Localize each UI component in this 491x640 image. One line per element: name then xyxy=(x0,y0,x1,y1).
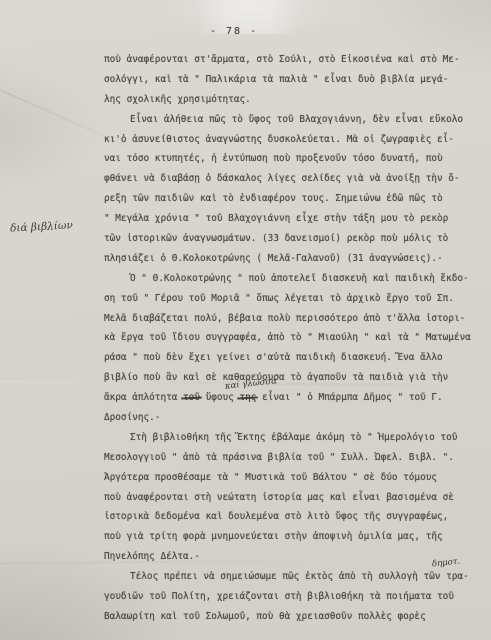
text-line: Μελᾶ διαβάζεται πολύ, βέβαια πολὺ περισσ… xyxy=(104,309,466,329)
text-line: ναι τόσο κτυπητές, ἡ ἐντύπωση ποὺ προξεν… xyxy=(104,149,466,169)
text-line: " Μεγάλα χρόνια " τοῦ Βλαχογιάννη εἶχε σ… xyxy=(104,209,466,229)
text-line: κὰ ἔργα τοῦ ἴδιου συγγραφέα, ἀπὸ τὸ " Μι… xyxy=(104,328,466,348)
text-line: φθάνει νὰ διαβάσῃ ὁ δάσκαλος λίγες σελίδ… xyxy=(104,169,466,189)
struck-text: τοῦ xyxy=(183,392,200,403)
document-body: ποὺ ἀναφέρονται στ'ἄρματα, στὸ Σούλι, στ… xyxy=(104,50,466,627)
text-segment: τρα-δημοτ. xyxy=(446,571,469,582)
text-line: Δροσίνης.- xyxy=(104,408,466,428)
paragraph: Εἶναι ἀλήθεια πῶς τὸ ὕφος τοῦ Βλαχογιάνν… xyxy=(104,110,466,269)
text-line: ποὺ ἀναφέρονται στ'ἄρματα, στὸ Σούλι, στ… xyxy=(104,50,466,70)
text-line: Βαλαωρίτη καὶ τοῦ Σολωμοῦ, ποὺ θὰ χρειασ… xyxy=(104,607,466,627)
page-number: - 78 - xyxy=(210,26,258,37)
paragraph: Ὁ " Θ.Κολοκοτρώνης " ποὺ ἀποτελεῖ διασκε… xyxy=(104,269,466,428)
text-line: ποὺ ἀναφέρονται στὴ νεώτατη ἱστορία μας … xyxy=(104,488,466,508)
text-line: Μεσολογγιοῦ " ἀπὸ τὰ πράσινα βιβλία τοῦ … xyxy=(104,448,466,468)
text-line: πλησιάζει ὁ Θ.Κολοκοτρώνης ( Μελᾶ-Γαλανο… xyxy=(104,249,466,269)
handwritten-insertion: δημοτ. xyxy=(432,558,461,570)
text-line: σολόγγι, καὶ τὰ " Παλικάρια τὰ παλιὰ " ε… xyxy=(104,70,466,90)
text-line: Ὁ " Θ.Κολοκοτρώνης " ποὺ ἀποτελεῖ διασκε… xyxy=(104,269,466,289)
handwritten-margin-note: διά βιβλίων xyxy=(10,219,73,234)
text-line: Τέλος πρέπει νὰ σημειώσωμε πῶς ἐκτὸς ἀπὸ… xyxy=(104,567,466,587)
text-line: ἱστορικὰ δεδομένα καὶ δουλεμένα στὸ λιτὸ… xyxy=(104,507,466,527)
text-line: τῶν ἱστορικῶν ἀναγνωσμάτων. (33 δανεισμο… xyxy=(104,229,466,249)
text-line: λης σχολικῆς χρησιμότητας. xyxy=(104,90,466,110)
text-line: ράσα " ποὺ δὲν ἔχει γείνει σ'αὐτὰ παιδικ… xyxy=(104,348,466,368)
paragraph: Στὴ βιβλιοθήκη τῆς Ἕκτης ἐβάλαμε ἀκόμη τ… xyxy=(104,428,466,567)
text-line: Εἶναι ἀλήθεια πῶς τὸ ὕφος τοῦ Βλαχογιάνν… xyxy=(104,110,466,130)
scanned-page: - 78 - διά βιβλίων ποὺ ἀναφέρονται στ'ἄρ… xyxy=(0,0,491,640)
text-line: ἄκρα ἁπλότητα τοῦ ὕφους τηςκαί γλώσσα εἶ… xyxy=(104,388,466,408)
paragraph: ποὺ ἀναφέρονται στ'ἄρματα, στὸ Σούλι, στ… xyxy=(104,50,466,110)
text-line: Στὴ βιβλιοθήκη τῆς Ἕκτης ἐβάλαμε ἀκόμη τ… xyxy=(104,428,466,448)
text-line: ποὺ γιὰ τρίτη φορὰ μνημονεύεται στὴν ἀπο… xyxy=(104,527,466,547)
text-line: βιβλίο ποὺ ἂν καὶ σὲ καθαρεύουσα τὸ ἀγαπ… xyxy=(104,368,466,388)
text-line: γουδιῶν τοῦ Πολίτη, χρειάζονται στὴ βιβλ… xyxy=(104,587,466,607)
text-line: ρεξη τῶν παιδιῶν καὶ τὸ ἐνδιαφέρον τους.… xyxy=(104,189,466,209)
text-line: ση τοῦ " Γέρου τοῦ Μοριᾶ " ὅπως λέγεται … xyxy=(104,289,466,309)
text-line: κι'ὁ ἀσυνείθιστος ἀναγνώστης δυσκολεύετα… xyxy=(104,130,466,150)
paragraph: Τέλος πρέπει νὰ σημειώσωμε πῶς ἐκτὸς ἀπὸ… xyxy=(104,567,466,627)
text-line: Ἀργότερα προσθέσαμε τὰ " Μυστικὰ τοῦ Βάλ… xyxy=(104,468,466,488)
struck-text: τηςκαί γλώσσα xyxy=(239,392,256,403)
text-line: Πηνελόπης Δέλτα.- xyxy=(104,547,466,567)
